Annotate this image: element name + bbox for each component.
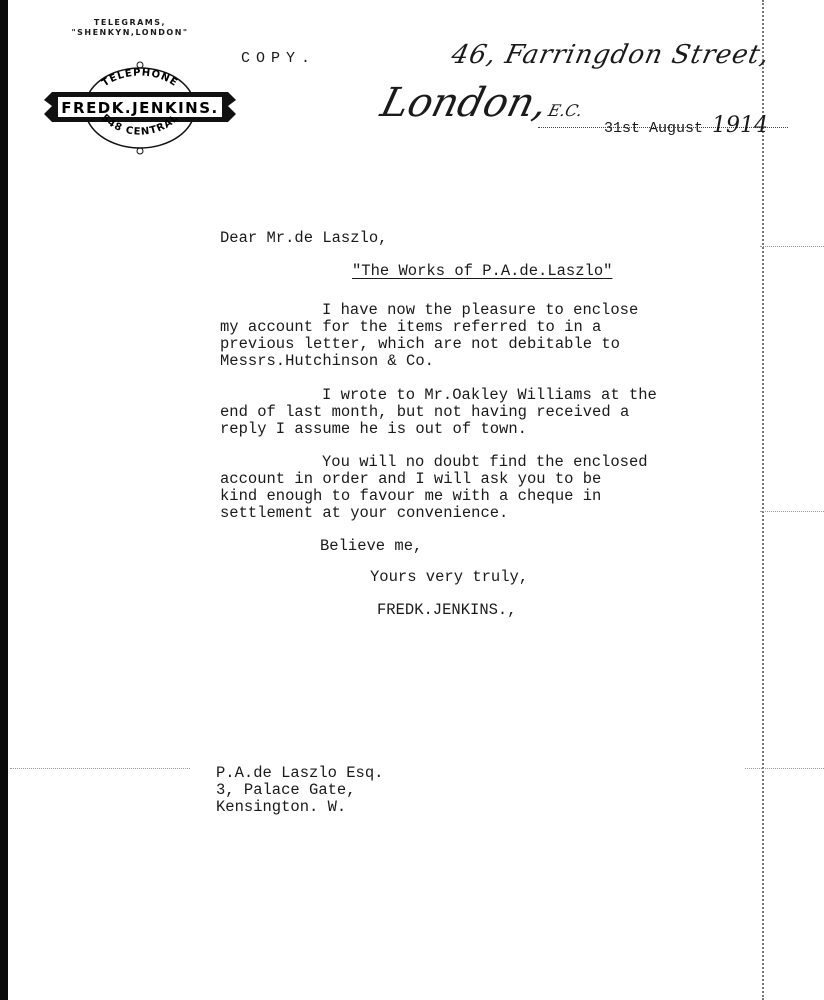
svg-text:TELEPHONE: TELEPHONE <box>100 67 179 89</box>
recipient-area: Kensington. W. <box>216 799 346 816</box>
subject-line: "The Works of P.A.de.Laszlo" <box>352 263 612 280</box>
city-address: London,E.C. <box>376 80 590 126</box>
recipient-street: 3, Palace Gate, <box>216 782 356 799</box>
paragraph-3-line: account in order and I will ask you to b… <box>220 471 601 488</box>
paragraph-2-line: I wrote to Mr.Oakley Williams at the <box>322 387 657 404</box>
closing-yours: Yours very truly, <box>370 569 528 586</box>
paragraph-2-line: reply I assume he is out of town. <box>220 421 527 438</box>
logo-telephone: TELEPHONE <box>100 67 179 89</box>
street-address: 46, Farringdon Street, <box>449 40 773 70</box>
logo-name: FREDK.JENKINS. <box>61 99 218 117</box>
fold-mark <box>745 768 824 769</box>
letter-date: 31st August 1914 <box>604 113 768 138</box>
scan-left-edge <box>0 0 8 1000</box>
district: E.C. <box>546 101 584 120</box>
date-year: 1914 <box>712 113 768 138</box>
fold-mark <box>760 511 824 512</box>
signature: FREDK.JENKINS., <box>377 602 517 619</box>
copy-mark: COPY. <box>241 50 316 67</box>
fold-mark <box>760 246 824 247</box>
recipient-name: P.A.de Laszlo Esq. <box>216 765 383 782</box>
scan-perforation-line <box>762 0 764 1000</box>
date-text: 31st August <box>604 120 712 137</box>
closing-believe: Believe me, <box>320 538 422 555</box>
paragraph-3-line: settlement at your convenience. <box>220 505 508 522</box>
salutation: Dear Mr.de Laszlo, <box>220 230 387 247</box>
paragraph-1-line: I have now the pleasure to enclose <box>322 302 638 319</box>
paragraph-1-line: Messrs.Hutchinson & Co. <box>220 353 434 370</box>
paragraph-2-line: end of last month, but not having receiv… <box>220 404 629 421</box>
city: London, <box>376 80 552 126</box>
fold-mark <box>10 768 190 769</box>
telegrams-address: "SHENKYN,LONDON" <box>60 28 200 38</box>
paragraph-3-line: You will no doubt find the enclosed <box>322 454 648 471</box>
telegrams-label: TELEGRAMS, <box>60 18 200 28</box>
letterhead-logo: FREDK.JENKINS. TELEPHONE 548 CENTRAL <box>40 58 240 158</box>
paragraph-1-line: previous letter, which are not debitable… <box>220 336 620 353</box>
telegrams-block: TELEGRAMS, "SHENKYN,LONDON" <box>60 18 200 38</box>
paragraph-1-line: my account for the items referred to in … <box>220 319 601 336</box>
paragraph-3-line: kind enough to favour me with a cheque i… <box>220 488 601 505</box>
